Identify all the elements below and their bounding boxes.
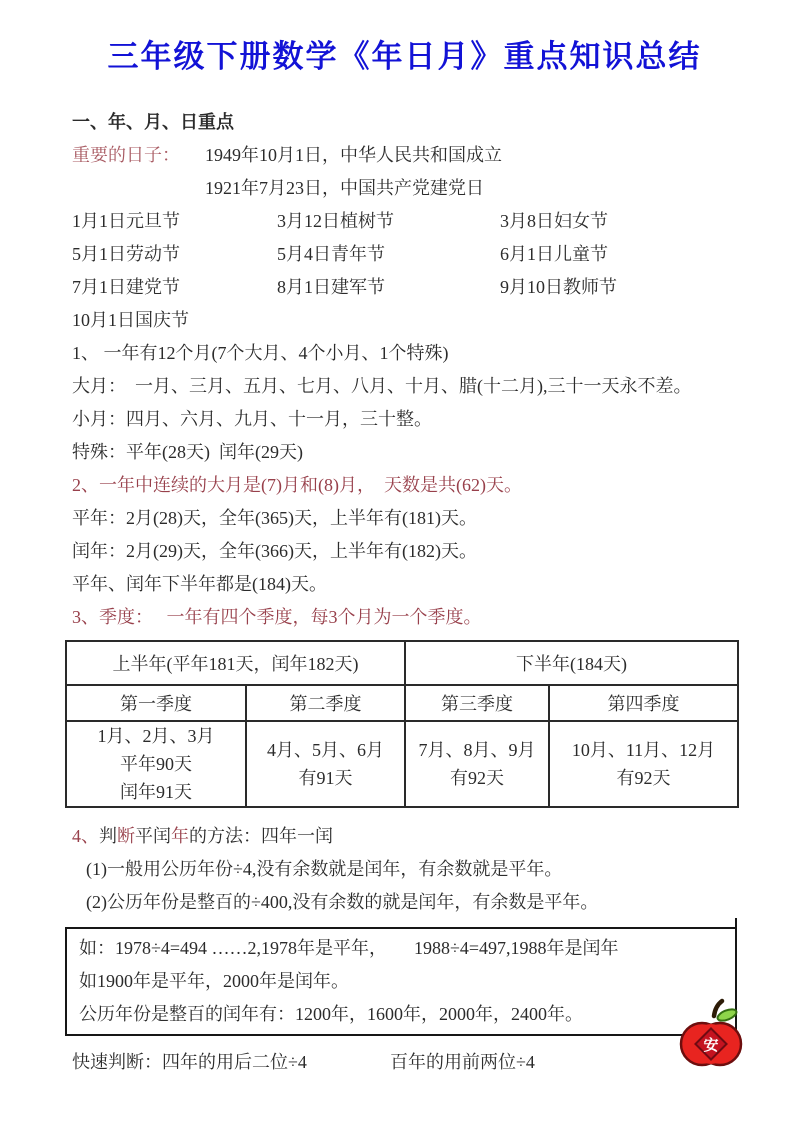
document-content: 三年级下册数学《年日月》重点知识总结 一、年、月、日重点 重要的日子：1949年… xyxy=(0,0,794,1079)
holiday-row: 1月1日元旦节3月12日植树节3月8日妇女节 xyxy=(72,205,737,238)
leap-rule-1: (1)一般用公历年份÷4,没有余数就是闰年，有余数就是平年。 xyxy=(72,853,737,886)
cell-line: 平年90天 xyxy=(67,750,245,778)
section-heading: 一、年、月、日重点 xyxy=(72,106,737,139)
quarter-cell-q1: 1月、2月、3月 平年90天 闰年91天 xyxy=(66,721,246,807)
point1-heading: 1、 一年有12个月(7个大月、4个小月、1个特殊) xyxy=(72,337,737,370)
quick-judge-right: 百年的用前两位÷4 xyxy=(390,1052,535,1072)
second-half-line: 平年、闰年下半年都是(184)天。 xyxy=(72,568,737,601)
holiday-row: 5月1日劳动节5月4日青年节6月1日儿童节 xyxy=(72,238,737,271)
holiday-item: 5月1日劳动节 xyxy=(72,238,277,271)
leap-rule-2: (2)公历年份是整百的÷400,没有余数的就是闰年，有余数是平年。 xyxy=(72,886,737,919)
quarter-header: 第四季度 xyxy=(549,685,738,721)
cell-line: 1月、2月、3月 xyxy=(67,722,245,750)
holiday-item: 3月12日植树节 xyxy=(277,205,500,238)
apple-sticker-icon: 安 xyxy=(679,996,743,1074)
common-year-line: 平年：2月(28)天，全年(365)天，上半年有(181)天。 xyxy=(72,502,737,535)
example-line-2: 如1900年是平年，2000年是闰年。 xyxy=(79,965,735,998)
cell-line: 有92天 xyxy=(550,764,737,792)
big-months-line: 大月： 一月、三月、五月、七月、八月、十月、腊(十二月),三十一天永不差。 xyxy=(72,370,737,403)
important-dates-line1: 重要的日子：1949年10月1日，中华人民共和国成立 xyxy=(72,139,737,172)
quarter-header: 第二季度 xyxy=(246,685,405,721)
point3-heading: 3、季度： 一年有四个季度，每3个月为一个季度。 xyxy=(72,601,737,634)
holiday-row: 7月1日建党节8月1日建军节9月10日教师节 xyxy=(72,271,737,304)
quarter-cell-q4: 10月、11月、12月 有92天 xyxy=(549,721,738,807)
page-title: 三年级下册数学《年日月》重点知识总结 xyxy=(72,34,737,80)
point2-heading: 2、一年中连续的大月是(7)月和(8)月， 天数是共(62)天。 xyxy=(72,469,737,502)
holiday-item: 6月1日儿童节 xyxy=(500,244,608,264)
text-segment: 平闰 xyxy=(135,826,171,846)
cell-line: 7月、8月、9月 xyxy=(406,736,548,764)
example-box: 如：1978÷4=494 ……2,1978年是平年， 1988÷4=497,19… xyxy=(65,927,737,1036)
table-row-quarter-details: 1月、2月、3月 平年90天 闰年91天 4月、5月、6月 有91天 7月、8月… xyxy=(66,721,738,807)
quarter-header: 第一季度 xyxy=(66,685,246,721)
small-months-line: 小月：四月、六月、九月、十一月，三十整。 xyxy=(72,403,737,436)
text-segment: 4、 xyxy=(72,826,99,846)
apple-character: 安 xyxy=(703,1036,718,1054)
document-page: 三年级下册数学《年日月》重点知识总结 一、年、月、日重点 重要的日子：1949年… xyxy=(0,0,794,1122)
cell-line: 有92天 xyxy=(406,764,548,792)
quarter-cell-q2: 4月、5月、6月 有91天 xyxy=(246,721,405,807)
quarters-table: 上半年(平年181天，闰年182天) 下半年(184天) 第一季度 第二季度 第… xyxy=(65,640,739,808)
table-row-halves: 上半年(平年181天，闰年182天) 下半年(184天) xyxy=(66,641,738,685)
quick-judge-left: 快速判断：四年的用后二位÷4 xyxy=(72,1046,390,1079)
holiday-item: 9月10日教师节 xyxy=(500,277,617,297)
important-date-1949: 1949年10月1日，中华人民共和国成立 xyxy=(205,145,502,165)
quarter-cell-q3: 7月、8月、9月 有92天 xyxy=(405,721,549,807)
text-segment: 的方法：四年一闰 xyxy=(189,826,333,846)
cell-line: 10月、11月、12月 xyxy=(550,736,737,764)
text-segment: 年 xyxy=(171,826,189,846)
quick-judge-line: 快速判断：四年的用后二位÷4百年的用前两位÷4 xyxy=(72,1046,737,1079)
cell-line: 有91天 xyxy=(247,764,404,792)
text-segment: 断 xyxy=(117,826,135,846)
text-segment: 判 xyxy=(99,826,117,846)
table-row-quarter-headers: 第一季度 第二季度 第三季度 第四季度 xyxy=(66,685,738,721)
holiday-item: 5月4日青年节 xyxy=(277,238,500,271)
first-half-header: 上半年(平年181天，闰年182天) xyxy=(66,641,405,685)
important-dates-line2: 1921年7月23日，中国共产党建党日 xyxy=(72,172,737,205)
important-dates-label: 重要的日子： xyxy=(72,145,180,165)
holiday-item: 3月8日妇女节 xyxy=(500,211,608,231)
quarter-header: 第三季度 xyxy=(405,685,549,721)
point4-heading: 4、判断平闰年的方法：四年一闰 xyxy=(72,820,737,853)
example-line-3: 公历年份是整百的闰年有：1200年，1600年，2000年，2400年。 xyxy=(79,998,735,1031)
holiday-item: 8月1日建军节 xyxy=(277,271,500,304)
second-half-header: 下半年(184天) xyxy=(405,641,738,685)
cell-line: 闰年91天 xyxy=(67,778,245,806)
cell-line: 4月、5月、6月 xyxy=(247,736,404,764)
holiday-last: 10月1日国庆节 xyxy=(72,304,737,337)
holiday-item: 7月1日建党节 xyxy=(72,271,277,304)
holiday-item: 1月1日元旦节 xyxy=(72,205,277,238)
leap-year-line: 闰年：2月(29)天，全年(366)天，上半年有(182)天。 xyxy=(72,535,737,568)
example-line-1: 如：1978÷4=494 ……2,1978年是平年， 1988÷4=497,19… xyxy=(79,932,735,965)
special-month-line: 特殊：平年(28天) 闰年(29天) xyxy=(72,436,737,469)
